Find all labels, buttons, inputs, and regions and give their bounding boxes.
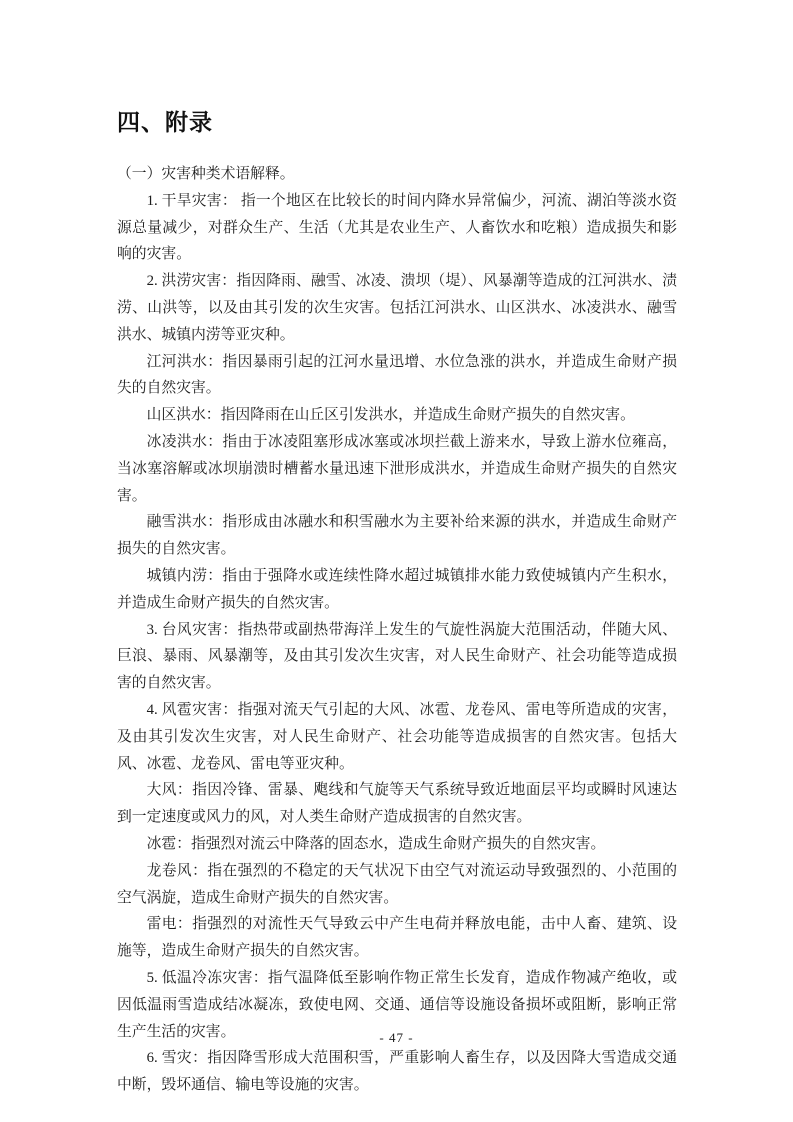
document-body: （一）灾害种类术语解释。 1. 干旱灾害： 指一个地区在比较长的时间内降水异常偏…	[117, 161, 677, 1099]
section-heading: （一）灾害种类术语解释。	[117, 161, 677, 188]
term-snowmelt-flood: 融雪洪水：指形成由冰融水和积雪融水为主要补给来源的洪水，并造成生命财产损失的自然…	[117, 509, 677, 563]
term-ice-jam-flood: 冰凌洪水：指由于冰凌阻塞形成冰塞或冰坝拦截上游来水，导致上游水位雍高，当冰塞溶解…	[117, 429, 677, 509]
appendix-title: 四、附录	[117, 108, 677, 136]
document-page: 四、附录 （一）灾害种类术语解释。 1. 干旱灾害： 指一个地区在比较长的时间内…	[0, 0, 793, 1122]
paragraph-typhoon: 3. 台风灾害：指热带或副热带海洋上发生的气旋性涡旋大范围活动，伴随大风、巨浪、…	[117, 617, 677, 697]
paragraph-drought: 1. 干旱灾害： 指一个地区在比较长的时间内降水异常偏少，河流、湖泊等淡水资源总…	[117, 188, 677, 268]
term-urban-waterlogging: 城镇内涝：指由于强降水或连续性降水超过城镇排水能力致使城镇内产生积水，并造成生命…	[117, 563, 677, 617]
paragraph-wind-hail: 4. 风雹灾害：指强对流天气引起的大风、冰雹、龙卷风、雷电等所造成的灾害，及由其…	[117, 697, 677, 777]
page-number: - 47 -	[0, 1030, 793, 1046]
term-hail: 冰雹：指强烈对流云中降落的固态水，造成生命财产损失的自然灾害。	[117, 831, 677, 858]
term-river-flood: 江河洪水：指因暴雨引起的江河水量迅增、水位急涨的洪水，并造成生命财产损失的自然灾…	[117, 349, 677, 403]
term-mountain-flood: 山区洪水：指因降雨在山丘区引发洪水，并造成生命财产损失的自然灾害。	[117, 402, 677, 429]
term-gale: 大风：指因冷锋、雷暴、飑线和气旋等天气系统导致近地面层平均或瞬时风速达到一定速度…	[117, 777, 677, 831]
paragraph-snow-disaster: 6. 雪灾：指因降雪形成大范围积雪，严重影响人畜生存，以及因降大雪造成交通中断，…	[117, 1045, 677, 1099]
paragraph-flood: 2. 洪涝灾害：指因降雨、融雪、冰凌、溃坝（堤）、风暴潮等造成的江河洪水、渍涝、…	[117, 268, 677, 348]
term-lightning: 雷电：指强烈的对流性天气导致云中产生电荷并释放电能，击中人畜、建筑、设施等，造成…	[117, 911, 677, 965]
term-tornado: 龙卷风：指在强烈的不稳定的天气状况下由空气对流运动导致强烈的、小范围的空气涡旋，…	[117, 858, 677, 912]
